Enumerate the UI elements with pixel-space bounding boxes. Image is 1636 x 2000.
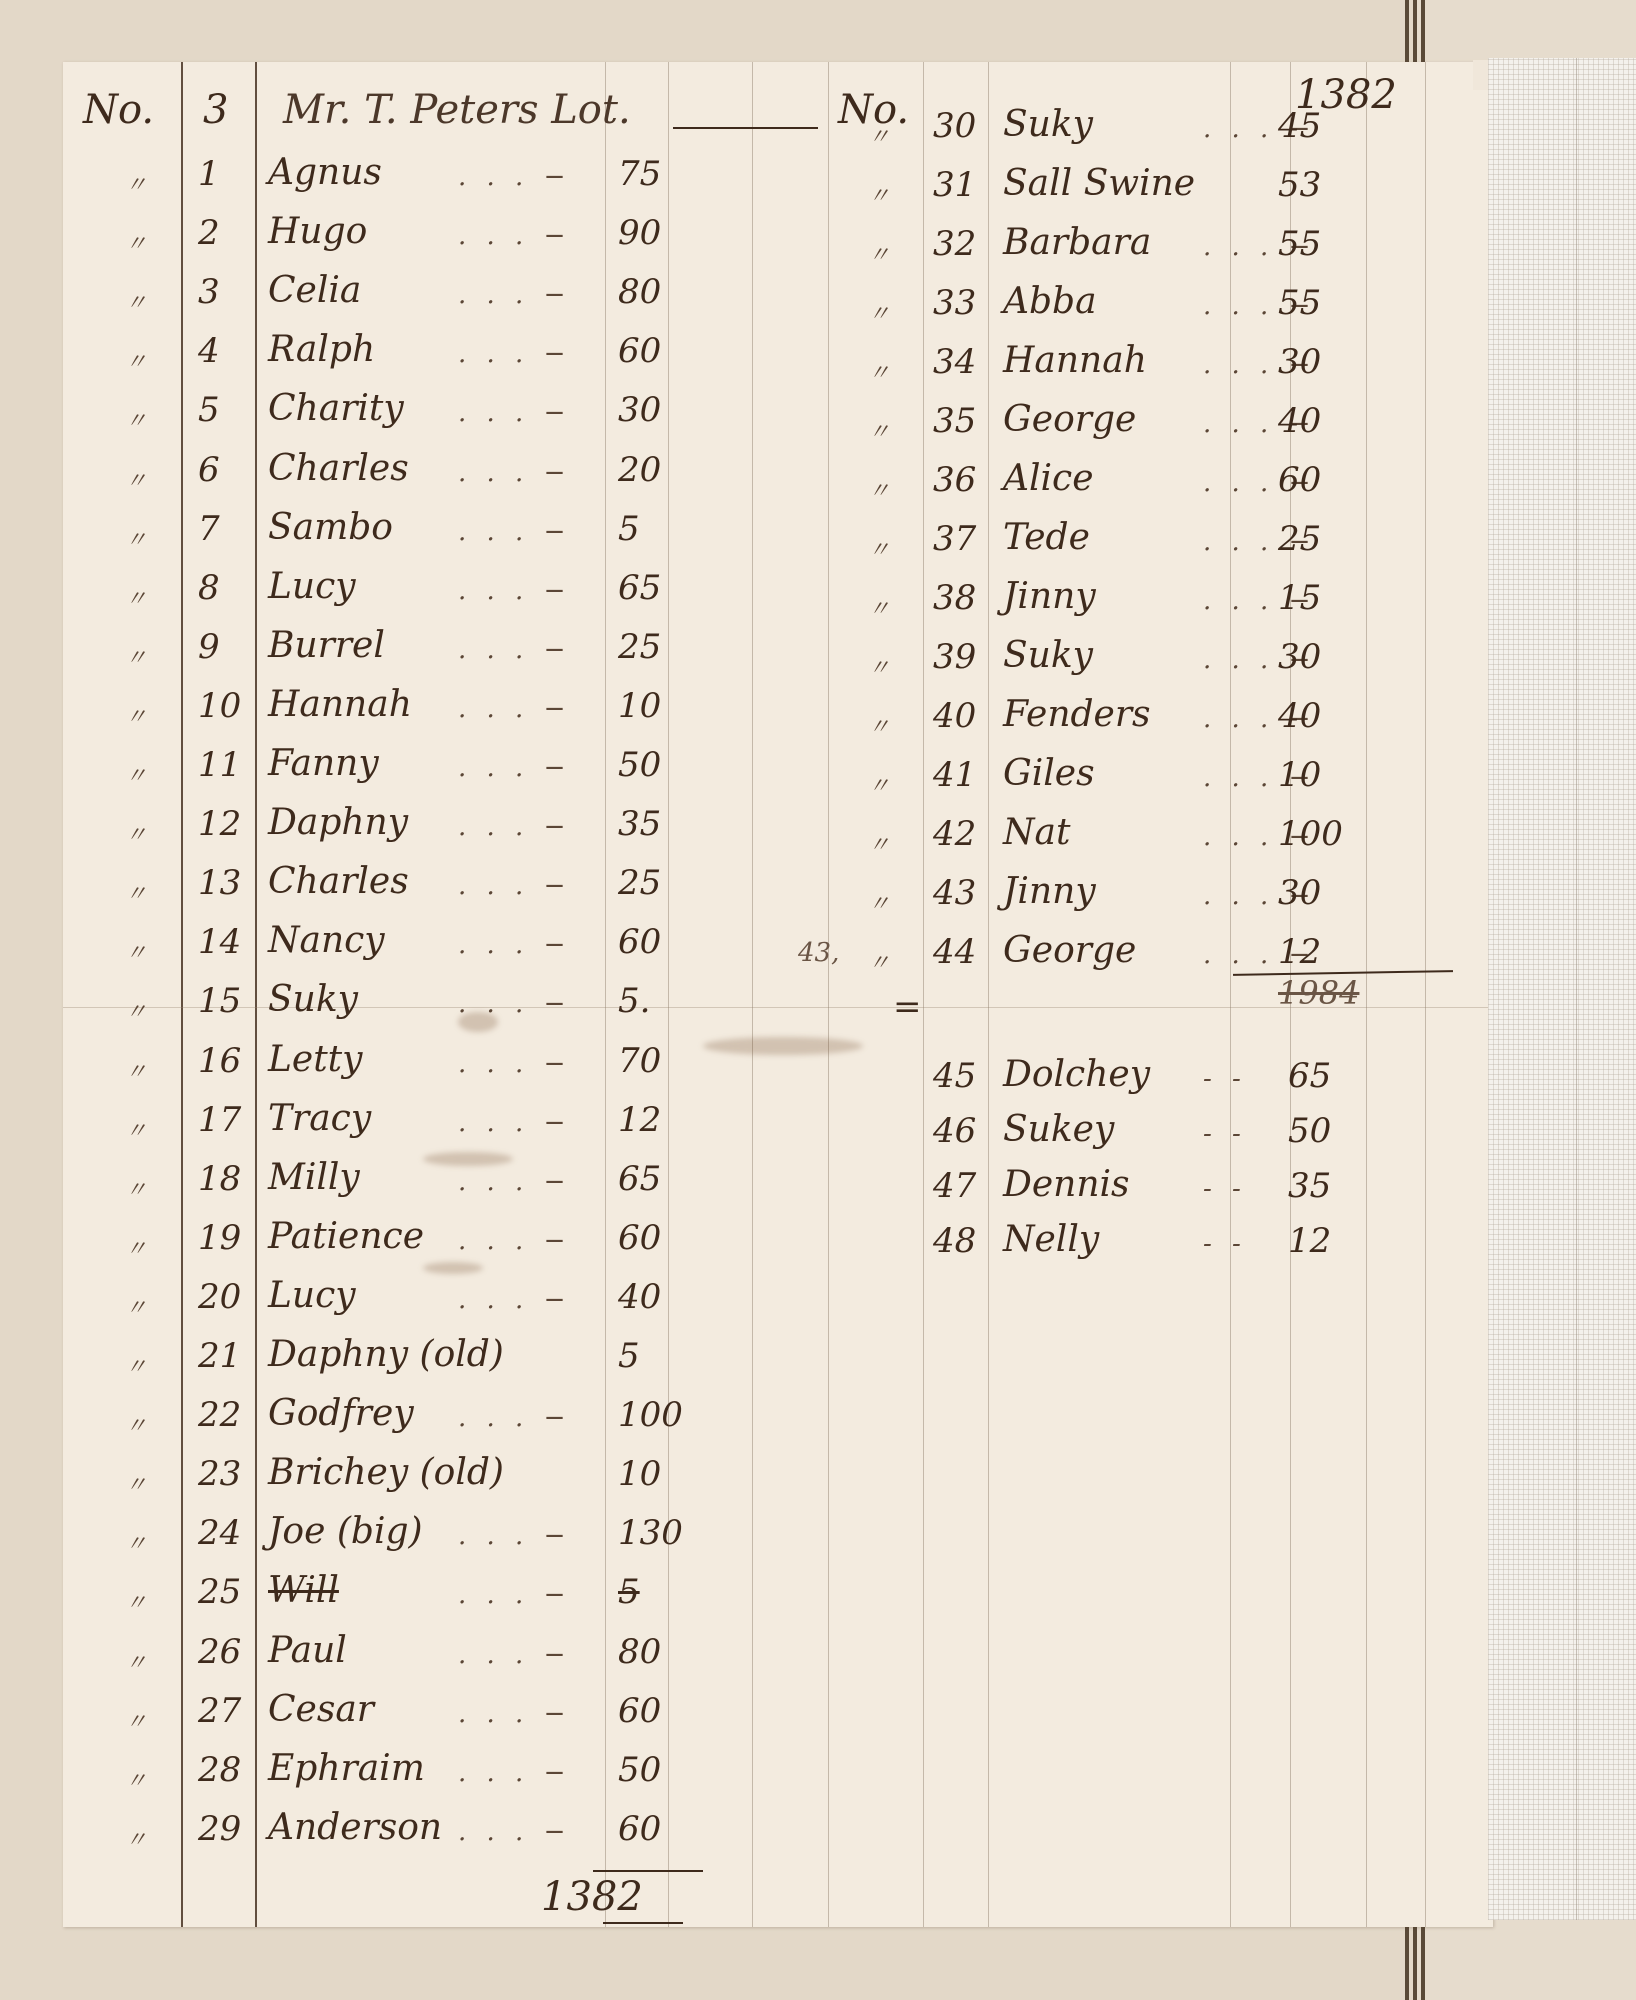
entry-name: Will — [268, 1570, 339, 1611]
entry-name: Alice — [1003, 458, 1094, 499]
leader-dots: . . . − — [458, 1699, 571, 1729]
entry-name: Joe (big) — [268, 1511, 423, 1552]
entry-number: 30 — [933, 106, 993, 146]
ditto-mark: 〃 — [868, 592, 890, 623]
ditto-mark: 〃 — [125, 1409, 147, 1440]
ditto-mark: 〃 — [868, 415, 890, 446]
entry-number: 20 — [198, 1277, 258, 1317]
entry-value: 100 — [618, 1395, 683, 1435]
list-item: 〃40Fenders. . . −40 — [63, 692, 1463, 744]
entry-value: 5 — [618, 1572, 640, 1612]
entry-number: 38 — [933, 578, 993, 618]
entry-value: 45 — [1278, 106, 1321, 146]
margin-note: 43, — [798, 938, 839, 968]
list-item: 〃34Hannah. . . −30 — [63, 338, 1463, 390]
ditto-mark: 〃 — [868, 120, 890, 151]
entry-name: Dolchey — [1003, 1054, 1150, 1095]
entry-value: 53 — [1278, 165, 1321, 205]
entry-name: George — [1003, 930, 1136, 971]
ditto-mark: 〃 — [868, 887, 890, 918]
entry-number: 40 — [933, 696, 993, 736]
entry-value: 30 — [1278, 873, 1321, 913]
leader-dots: - - — [1203, 1064, 1247, 1094]
entry-name: Tede — [1003, 517, 1090, 558]
entry-value: 40 — [1278, 401, 1321, 441]
entry-number: 32 — [933, 224, 993, 264]
entry-number: 45 — [933, 1056, 993, 1096]
total-double-underline — [603, 1922, 683, 1924]
leader-dots: . . . − — [458, 1521, 571, 1551]
leader-dots: . . . − — [458, 1285, 571, 1315]
entry-name: Sall Swine — [1003, 163, 1195, 204]
entry-number: 43 — [933, 873, 993, 913]
list-item: 〃25Will. . . −5 — [63, 1568, 1463, 1620]
entry-name: Nelly — [1003, 1219, 1099, 1260]
list-item: 〃31Sall Swine. . . −53 — [63, 161, 1463, 213]
entry-number: 42 — [933, 814, 993, 854]
entry-name: Giles — [1003, 753, 1095, 794]
ditto-mark: 〃 — [125, 1586, 147, 1617]
entry-name: Suky — [1003, 104, 1093, 145]
ditto-mark: 〃 — [125, 1350, 147, 1381]
entry-value: 50 — [1288, 1111, 1331, 1151]
ditto-mark: 〃 — [868, 651, 890, 682]
entry-number: 31 — [933, 165, 993, 205]
leader-dots: - - — [1203, 1174, 1247, 1204]
list-item: 〃33Abba. . . −55 — [63, 279, 1463, 331]
equals-mark: = — [893, 987, 922, 1027]
entry-number: 23 — [198, 1454, 258, 1494]
entry-name: Ephraim — [268, 1748, 425, 1789]
leader-dots: - - — [1203, 1119, 1247, 1149]
entry-name: Suky — [268, 979, 358, 1020]
list-item: 〃44George. . . −1243, — [63, 928, 1463, 980]
list-item: 48Nelly- -12 — [63, 1217, 1463, 1269]
list-item: 〃35George. . . −40 — [63, 397, 1463, 449]
list-item: 〃37Tede. . . −25 — [63, 515, 1463, 567]
total-underline — [593, 1870, 703, 1872]
list-item: 〃28Ephraim. . . −50 — [63, 1746, 1463, 1798]
entry-name: George — [1003, 399, 1136, 440]
entry-value: 25 — [1278, 519, 1321, 559]
entry-value: 100 — [1278, 814, 1343, 854]
entry-name: Daphny (old) — [268, 1334, 504, 1375]
entry-name: Cesar — [268, 1689, 374, 1730]
list-item: 45Dolchey- -65 — [63, 1052, 1463, 1104]
ditto-mark: 〃 — [868, 533, 890, 564]
entry-number: 27 — [198, 1691, 258, 1731]
entry-number: 39 — [933, 637, 993, 677]
ditto-mark: 〃 — [868, 828, 890, 859]
ditto-mark: 〃 — [125, 1291, 147, 1322]
ditto-mark: 〃 — [868, 179, 890, 210]
ditto-mark: 〃 — [125, 1527, 147, 1558]
entry-value: 60 — [618, 1809, 661, 1849]
entry-name: Sukey — [1003, 1109, 1114, 1150]
list-item: 〃23Brichey (old). . . −10 — [63, 1450, 1463, 1502]
entry-value: 35 — [1288, 1166, 1331, 1206]
ditto-mark: 〃 — [125, 1823, 147, 1854]
entry-number: 15 — [198, 981, 258, 1021]
leader-dots: . . . − — [458, 1403, 571, 1433]
list-item: 〃22Godfrey. . . −100 — [63, 1391, 1463, 1443]
list-item: 〃36Alice. . . −60 — [63, 456, 1463, 508]
entry-number: 22 — [198, 1395, 258, 1435]
left-column-total: 1382 — [541, 1874, 643, 1920]
entry-name: Abba — [1003, 281, 1097, 322]
entry-number: 46 — [933, 1111, 993, 1151]
entry-number: 26 — [198, 1632, 258, 1672]
entry-value: 12 — [1278, 932, 1321, 972]
ditto-mark: 〃 — [125, 1764, 147, 1795]
ditto-mark: 〃 — [868, 710, 890, 741]
entry-name: Paul — [268, 1630, 347, 1671]
list-item: 〃39Suky. . . −30 — [63, 633, 1463, 685]
entry-value: 30 — [1278, 342, 1321, 382]
list-item: 〃30Suky. . . −45 — [63, 102, 1463, 154]
leader-dots: - - — [1203, 1229, 1247, 1259]
entry-number: 34 — [933, 342, 993, 382]
entry-name: Nat — [1003, 812, 1070, 853]
leader-dots: . . . − — [458, 1817, 571, 1847]
list-item: 〃38Jinny. . . −15 — [63, 574, 1463, 626]
list-item: 〃27Cesar. . . −60 — [63, 1687, 1463, 1739]
entry-value: 50 — [618, 1750, 661, 1790]
entry-value: 40 — [1278, 696, 1321, 736]
list-item: 〃32Barbara. . . −55 — [63, 220, 1463, 272]
entry-value: 10 — [1278, 755, 1321, 795]
ditto-mark: 〃 — [125, 995, 147, 1026]
entry-value: 5. — [618, 981, 650, 1021]
list-item: 〃43Jinny. . . −30 — [63, 869, 1463, 921]
manuscript-page: No. 3 Mr. T. Peters Lot. No. 1382 〃1Agnu… — [63, 62, 1493, 1927]
entry-value: 15 — [1278, 578, 1321, 618]
entry-value: 80 — [618, 1632, 661, 1672]
entry-value: 60 — [618, 1691, 661, 1731]
entry-name: Barbara — [1003, 222, 1151, 263]
tissue-guard — [1488, 58, 1636, 1920]
ditto-mark: 〃 — [868, 769, 890, 800]
entry-name: Jinny — [1003, 576, 1096, 617]
entry-number: 33 — [933, 283, 993, 323]
list-item: 46Sukey- -50 — [63, 1107, 1463, 1159]
entry-value: 12 — [1288, 1221, 1331, 1261]
entry-number: 28 — [198, 1750, 258, 1790]
list-item: 〃15Suky. . . −5. — [63, 977, 1463, 1029]
ditto-mark: 〃 — [125, 1705, 147, 1736]
list-item: 〃24Joe (big). . . −130 — [63, 1509, 1463, 1561]
entry-name: Fenders — [1003, 694, 1151, 735]
entry-name: Godfrey — [268, 1393, 414, 1434]
entry-name: Suky — [1003, 635, 1093, 676]
ditto-mark: 〃 — [868, 946, 890, 977]
entry-value: 55 — [1278, 283, 1321, 323]
entry-number: 47 — [933, 1166, 993, 1206]
entry-number: 35 — [933, 401, 993, 441]
entry-name: Dennis — [1003, 1164, 1130, 1205]
entry-number: 41 — [933, 755, 993, 795]
entry-value: 40 — [618, 1277, 661, 1317]
entry-value: 5 — [618, 1336, 640, 1376]
entry-name: Hannah — [1003, 340, 1147, 381]
entry-value: 30 — [1278, 637, 1321, 677]
entry-value: 60 — [1278, 460, 1321, 500]
list-item: 〃21Daphny (old). . . −5 — [63, 1332, 1463, 1384]
ditto-mark: 〃 — [125, 1468, 147, 1499]
entry-number: 25 — [198, 1572, 258, 1612]
entry-number: 44 — [933, 932, 993, 972]
entry-number: 21 — [198, 1336, 258, 1376]
entry-name: Anderson — [268, 1807, 442, 1848]
list-item: 47Dennis- -35 — [63, 1162, 1463, 1214]
ditto-mark: 〃 — [868, 297, 890, 328]
list-item: 〃41Giles. . . −10 — [63, 751, 1463, 803]
ditto-mark: 〃 — [125, 1646, 147, 1677]
list-item: 〃20Lucy. . . −40 — [63, 1273, 1463, 1325]
entry-value: 55 — [1278, 224, 1321, 264]
leader-dots: . . . − — [458, 1580, 571, 1610]
entry-name: Brichey (old) — [268, 1452, 504, 1493]
list-item: 〃26Paul. . . −80 — [63, 1628, 1463, 1680]
entry-name: Lucy — [268, 1275, 356, 1316]
entry-value: 130 — [618, 1513, 683, 1553]
ditto-mark: 〃 — [868, 474, 890, 505]
leader-dots: . . . − — [458, 1640, 571, 1670]
entry-value: 10 — [618, 1454, 661, 1494]
entry-number: 29 — [198, 1809, 258, 1849]
entry-number: 24 — [198, 1513, 258, 1553]
entry-value: 65 — [1288, 1056, 1331, 1096]
entry-number: 48 — [933, 1221, 993, 1261]
list-item: 〃29Anderson. . . −60 — [63, 1805, 1463, 1857]
leader-dots: . . . − — [458, 989, 571, 1019]
leader-dots: . . . − — [458, 1758, 571, 1788]
entry-name: Jinny — [1003, 871, 1096, 912]
entry-number: 36 — [933, 460, 993, 500]
ditto-mark: 〃 — [868, 238, 890, 269]
entry-number: 37 — [933, 519, 993, 559]
ditto-mark: 〃 — [868, 356, 890, 387]
right-subtotal: 1984 — [1278, 974, 1359, 1012]
list-item: 〃42Nat. . . −100 — [63, 810, 1463, 862]
